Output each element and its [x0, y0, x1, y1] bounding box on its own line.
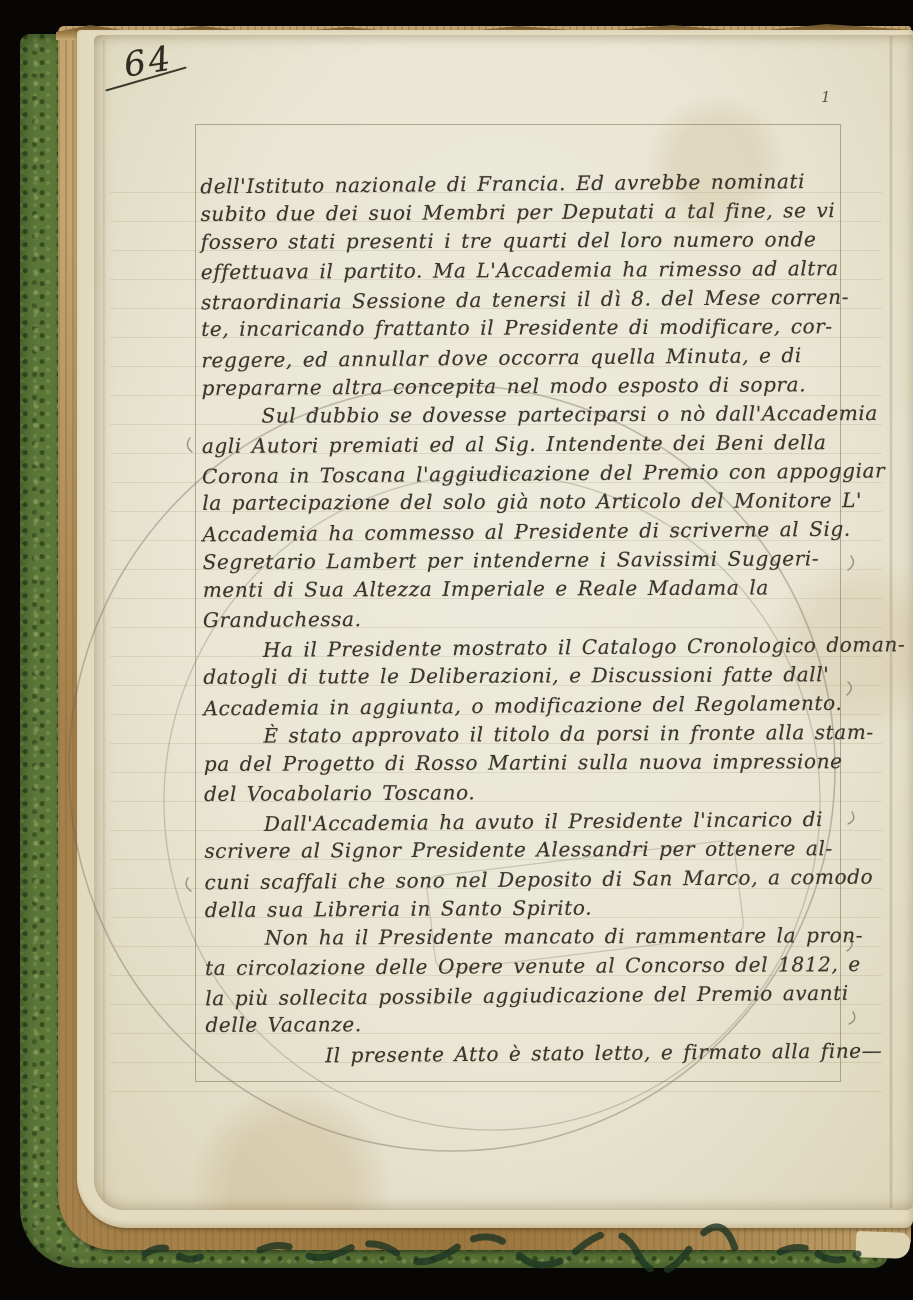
corner-page-mark: 1	[821, 88, 831, 106]
manuscript-line: delle Vacanze.	[205, 1008, 857, 1040]
manuscript-line: agli Autori premiati ed al Sig. Intenden…	[202, 428, 854, 461]
manuscript-line: Accademia in aggiunta, o modificazione d…	[203, 689, 855, 724]
manuscript-line: la partecipazione del solo già noto Arti…	[202, 486, 854, 518]
manuscript-line: È stato approvato il titolo da porsi in …	[204, 718, 856, 751]
manuscript-line: Non ha il Presidente mancato di rammenta…	[205, 921, 857, 953]
manuscript-line: scrivere al Signor Presidente Alessandri…	[204, 834, 856, 866]
manuscript-text: dell'Istituto nazionale di Francia. Ed a…	[200, 167, 857, 1070]
manuscript-scan: 64 1 dell'Istituto nazionale di Francia.…	[0, 0, 913, 1300]
manuscript-line: Segretario Lambert per intenderne i Savi…	[203, 544, 855, 577]
manuscript-line: cuni scaffali che sono nel Deposito di S…	[204, 863, 856, 898]
manuscript-line: fossero stati presenti i tre quarti del …	[201, 225, 853, 257]
manuscript-line: dell'Istituto nazionale di Francia. Ed a…	[200, 167, 852, 202]
manuscript-line: menti di Sua Altezza Imperiale e Reale M…	[203, 573, 855, 605]
manuscript-line: del Vocabolario Toscano.	[204, 776, 856, 809]
manuscript-line: ta circolazione delle Opere venute al Co…	[205, 950, 857, 983]
manuscript-line: pa del Progetto di Rosso Martini sulla n…	[204, 747, 856, 779]
manuscript-line: Il presente Atto è stato letto, e firmat…	[206, 1037, 858, 1072]
manuscript-line: prepararne altra concepita nel modo espo…	[202, 370, 854, 403]
manuscript-line: della sua Libreria in Santo Spirito.	[205, 892, 857, 925]
cover-ink-marks	[145, 1227, 858, 1272]
manuscript-line: Sul dubbio se dovesse parteciparsi o nò …	[202, 399, 854, 431]
manuscript-line: subito due dei suoi Membri per Deputati …	[200, 196, 852, 229]
manuscript-line: Accademia ha commesso al Presidente di s…	[202, 515, 854, 550]
manuscript-line: reggere, ed annullar dove occorra quella…	[201, 341, 853, 376]
manuscript-line: datogli di tutte le Deliberazioni, e Dis…	[203, 660, 855, 692]
manuscript-line: effettuava il partito. Ma L'Accademia ha…	[201, 254, 853, 287]
manuscript-line: te, incaricando frattanto il Presidente …	[201, 312, 853, 344]
manuscript-line: Granduchessa.	[203, 602, 855, 635]
